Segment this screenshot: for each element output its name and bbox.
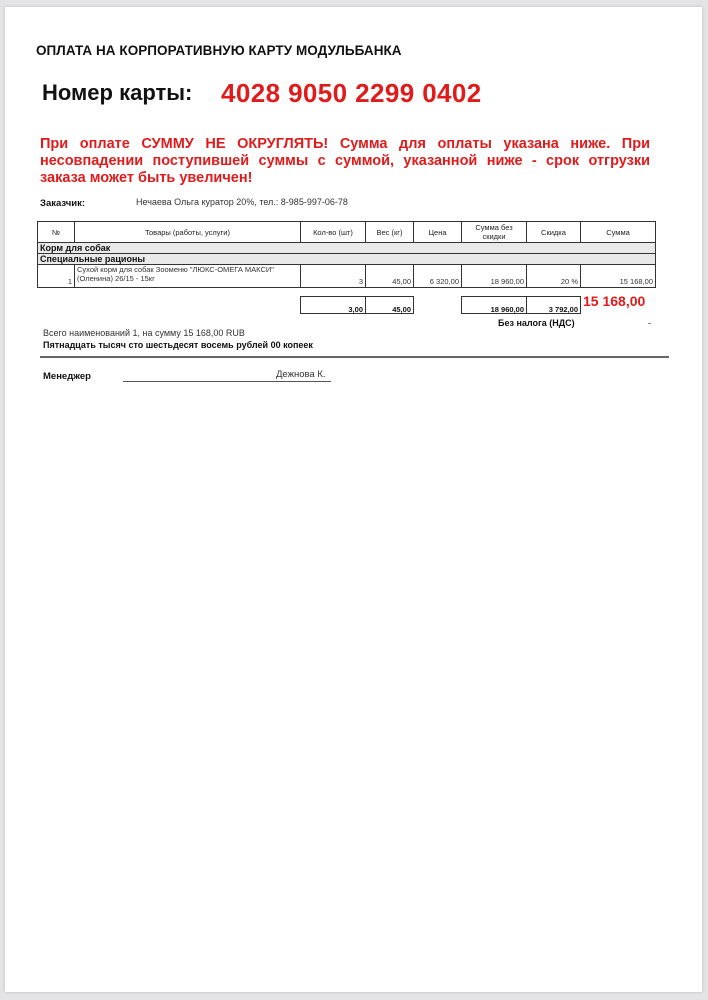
header-sum-no-discount: Сумма без скидки — [462, 222, 527, 243]
row-discount: 20 % — [527, 265, 581, 288]
vat-label: Без налога (НДС) — [498, 318, 575, 328]
total-discount: 3 792,00 — [526, 296, 581, 314]
header-price: Цена — [414, 222, 462, 243]
row-sum-no-discount: 18 960,00 — [462, 265, 527, 288]
table-row: 1 Сухой корм для собак Зооменю "ЛЮКС-ОМЕ… — [38, 265, 656, 288]
header-weight: Вес (кг) — [366, 222, 414, 243]
customer-label: Заказчик: — [40, 198, 85, 209]
vat-value: - — [648, 318, 651, 328]
header-goods: Товары (работы, услуги) — [75, 222, 301, 243]
group-row: Корм для собак — [38, 243, 656, 254]
items-table: № Товары (работы, услуги) Кол-во (шт) Ве… — [37, 221, 656, 288]
group-row: Специальные рационы — [38, 254, 656, 265]
subgroup-label: Специальные рационы — [38, 254, 656, 265]
customer-value: Нечаева Ольга куратор 20%, тел.: 8-985-9… — [136, 197, 348, 207]
header-qty: Кол-во (шт) — [301, 222, 366, 243]
manager-name: Дежнова К. — [276, 369, 326, 380]
table-header-row: № Товары (работы, услуги) Кол-во (шт) Ве… — [38, 222, 656, 243]
group-label: Корм для собак — [38, 243, 656, 254]
card-number: 4028 9050 2299 0402 — [221, 78, 482, 109]
document-title: ОПЛАТА НА КОРПОРАТИВНУЮ КАРТУ МОДУЛЬБАНК… — [36, 43, 402, 58]
summary-in-words: Пятнадцать тысяч сто шестьдесят восемь р… — [43, 340, 313, 350]
total-qty: 3,00 — [300, 296, 366, 314]
total-weight: 45,00 — [365, 296, 414, 314]
row-sum: 15 168,00 — [581, 265, 656, 288]
row-weight: 45,00 — [366, 265, 414, 288]
payment-warning: При оплате СУММУ НЕ ОКРУГЛЯТЬ! Сумма для… — [40, 136, 650, 187]
header-discount: Скидка — [527, 222, 581, 243]
row-name: Сухой корм для собак Зооменю "ЛЮКС-ОМЕГА… — [75, 265, 301, 288]
row-qty: 3 — [301, 265, 366, 288]
header-sum: Сумма — [581, 222, 656, 243]
summary-line: Всего наименований 1, на сумму 15 168,00… — [43, 328, 245, 338]
total-sum-no-discount: 18 960,00 — [461, 296, 527, 314]
signature-line — [123, 381, 331, 382]
header-num: № — [38, 222, 75, 243]
divider — [40, 356, 669, 358]
card-number-label: Номер карты: — [42, 80, 192, 106]
row-price: 6 320,00 — [414, 265, 462, 288]
manager-label: Менеджер — [43, 371, 91, 382]
grand-total: 15 168,00 — [583, 293, 645, 309]
row-num: 1 — [38, 265, 75, 288]
